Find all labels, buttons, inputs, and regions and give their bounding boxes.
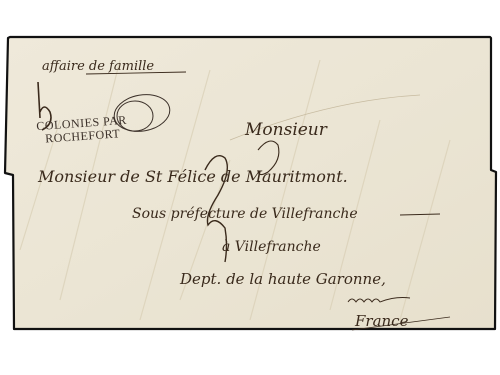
annotation-text: affaire de famille [42, 59, 154, 74]
address-country: France [354, 312, 409, 330]
address-line3: à Villefranche [222, 239, 321, 255]
address-line2: Sous préfecture de Villefranche [132, 206, 358, 222]
cover-scan: affaire de famille COLONIES PAR ROCHEFOR… [0, 0, 500, 375]
letter-cover: affaire de famille COLONIES PAR ROCHEFOR… [0, 0, 500, 375]
address-name-line: Monsieur de St Félice de Mauritmont. [37, 167, 348, 186]
address-salutation: Monsieur [244, 120, 328, 140]
address-line4: Dept. de la haute Garonne, [179, 270, 386, 288]
